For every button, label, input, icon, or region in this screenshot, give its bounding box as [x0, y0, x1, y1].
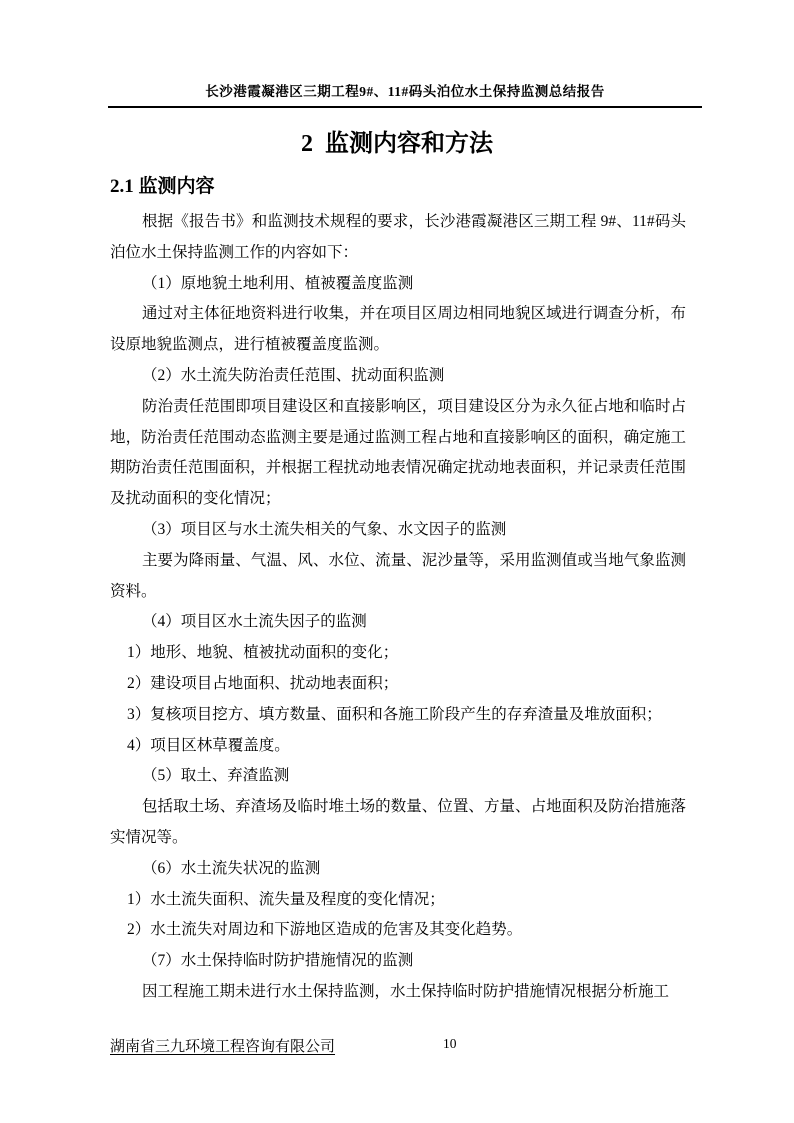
paragraph: 2）建设项目占地面积、扰动地表面积；	[110, 669, 686, 700]
footer-company: 湖南省三九环境工程咨询有限公司	[110, 1035, 335, 1056]
paragraph: 通过对主体征地资料进行收集，并在项目区周边相同地貌区域进行调查分析，布设原地貌监…	[110, 299, 686, 361]
section-title: 2.1 监测内容	[110, 171, 215, 198]
paragraph: （3）项目区与水土流失相关的气象、水文因子的监测	[110, 515, 686, 546]
paragraph: （4）项目区水土流失因子的监测	[110, 607, 686, 638]
paragraph: 因工程施工期未进行水土保持监测，水土保持临时防护措施情况根据分析施工	[110, 977, 686, 1008]
running-header-title: 长沙港霞凝港区三期工程9#、11#码头泊位水土保持监测总结报告	[205, 84, 605, 99]
paragraph: 防治责任范围即项目建设区和直接影响区，项目建设区分为永久征占地和临时占地，防治责…	[110, 392, 686, 515]
paragraph: （6）水土流失状况的监测	[110, 854, 686, 885]
paragraph: 1）地形、地貌、植被扰动面积的变化；	[110, 638, 686, 669]
paragraph: 2）水土流失对周边和下游地区造成的危害及其变化趋势。	[110, 915, 686, 946]
page-number: 10	[443, 1036, 457, 1052]
page-header: 长沙港霞凝港区三期工程9#、11#码头泊位水土保持监测总结报告	[108, 0, 702, 108]
paragraph: （7）水土保持临时防护措施情况的监测	[110, 946, 686, 977]
document-body: 根据《报告书》和监测技术规程的要求，长沙港霞凝港区三期工程 9#、11#码头泊位…	[110, 207, 686, 1008]
paragraph: 3）复核项目挖方、填方数量、面积和各施工阶段产生的存弃渣量及堆放面积；	[110, 700, 686, 731]
paragraph: 1）水土流失面积、流失量及程度的变化情况；	[110, 885, 686, 916]
paragraph: 4）项目区林草覆盖度。	[110, 731, 686, 762]
paragraph: （2）水土流失防治责任范围、扰动面积监测	[110, 361, 686, 392]
document-page: 长沙港霞凝港区三期工程9#、11#码头泊位水土保持监测总结报告 2 监测内容和方…	[0, 0, 794, 1123]
paragraph: （5）取土、弃渣监测	[110, 761, 686, 792]
paragraph: 根据《报告书》和监测技术规程的要求，长沙港霞凝港区三期工程 9#、11#码头泊位…	[110, 207, 686, 269]
paragraph: 主要为降雨量、气温、风、水位、流量、泥沙量等，采用监测值或当地气象监测资料。	[110, 546, 686, 608]
paragraph: （1）原地貌土地利用、植被覆盖度监测	[110, 269, 686, 300]
chapter-title: 2 监测内容和方法	[0, 123, 794, 158]
paragraph: 包括取土场、弃渣场及临时堆土场的数量、位置、方量、占地面积及防治措施落实情况等。	[110, 792, 686, 854]
